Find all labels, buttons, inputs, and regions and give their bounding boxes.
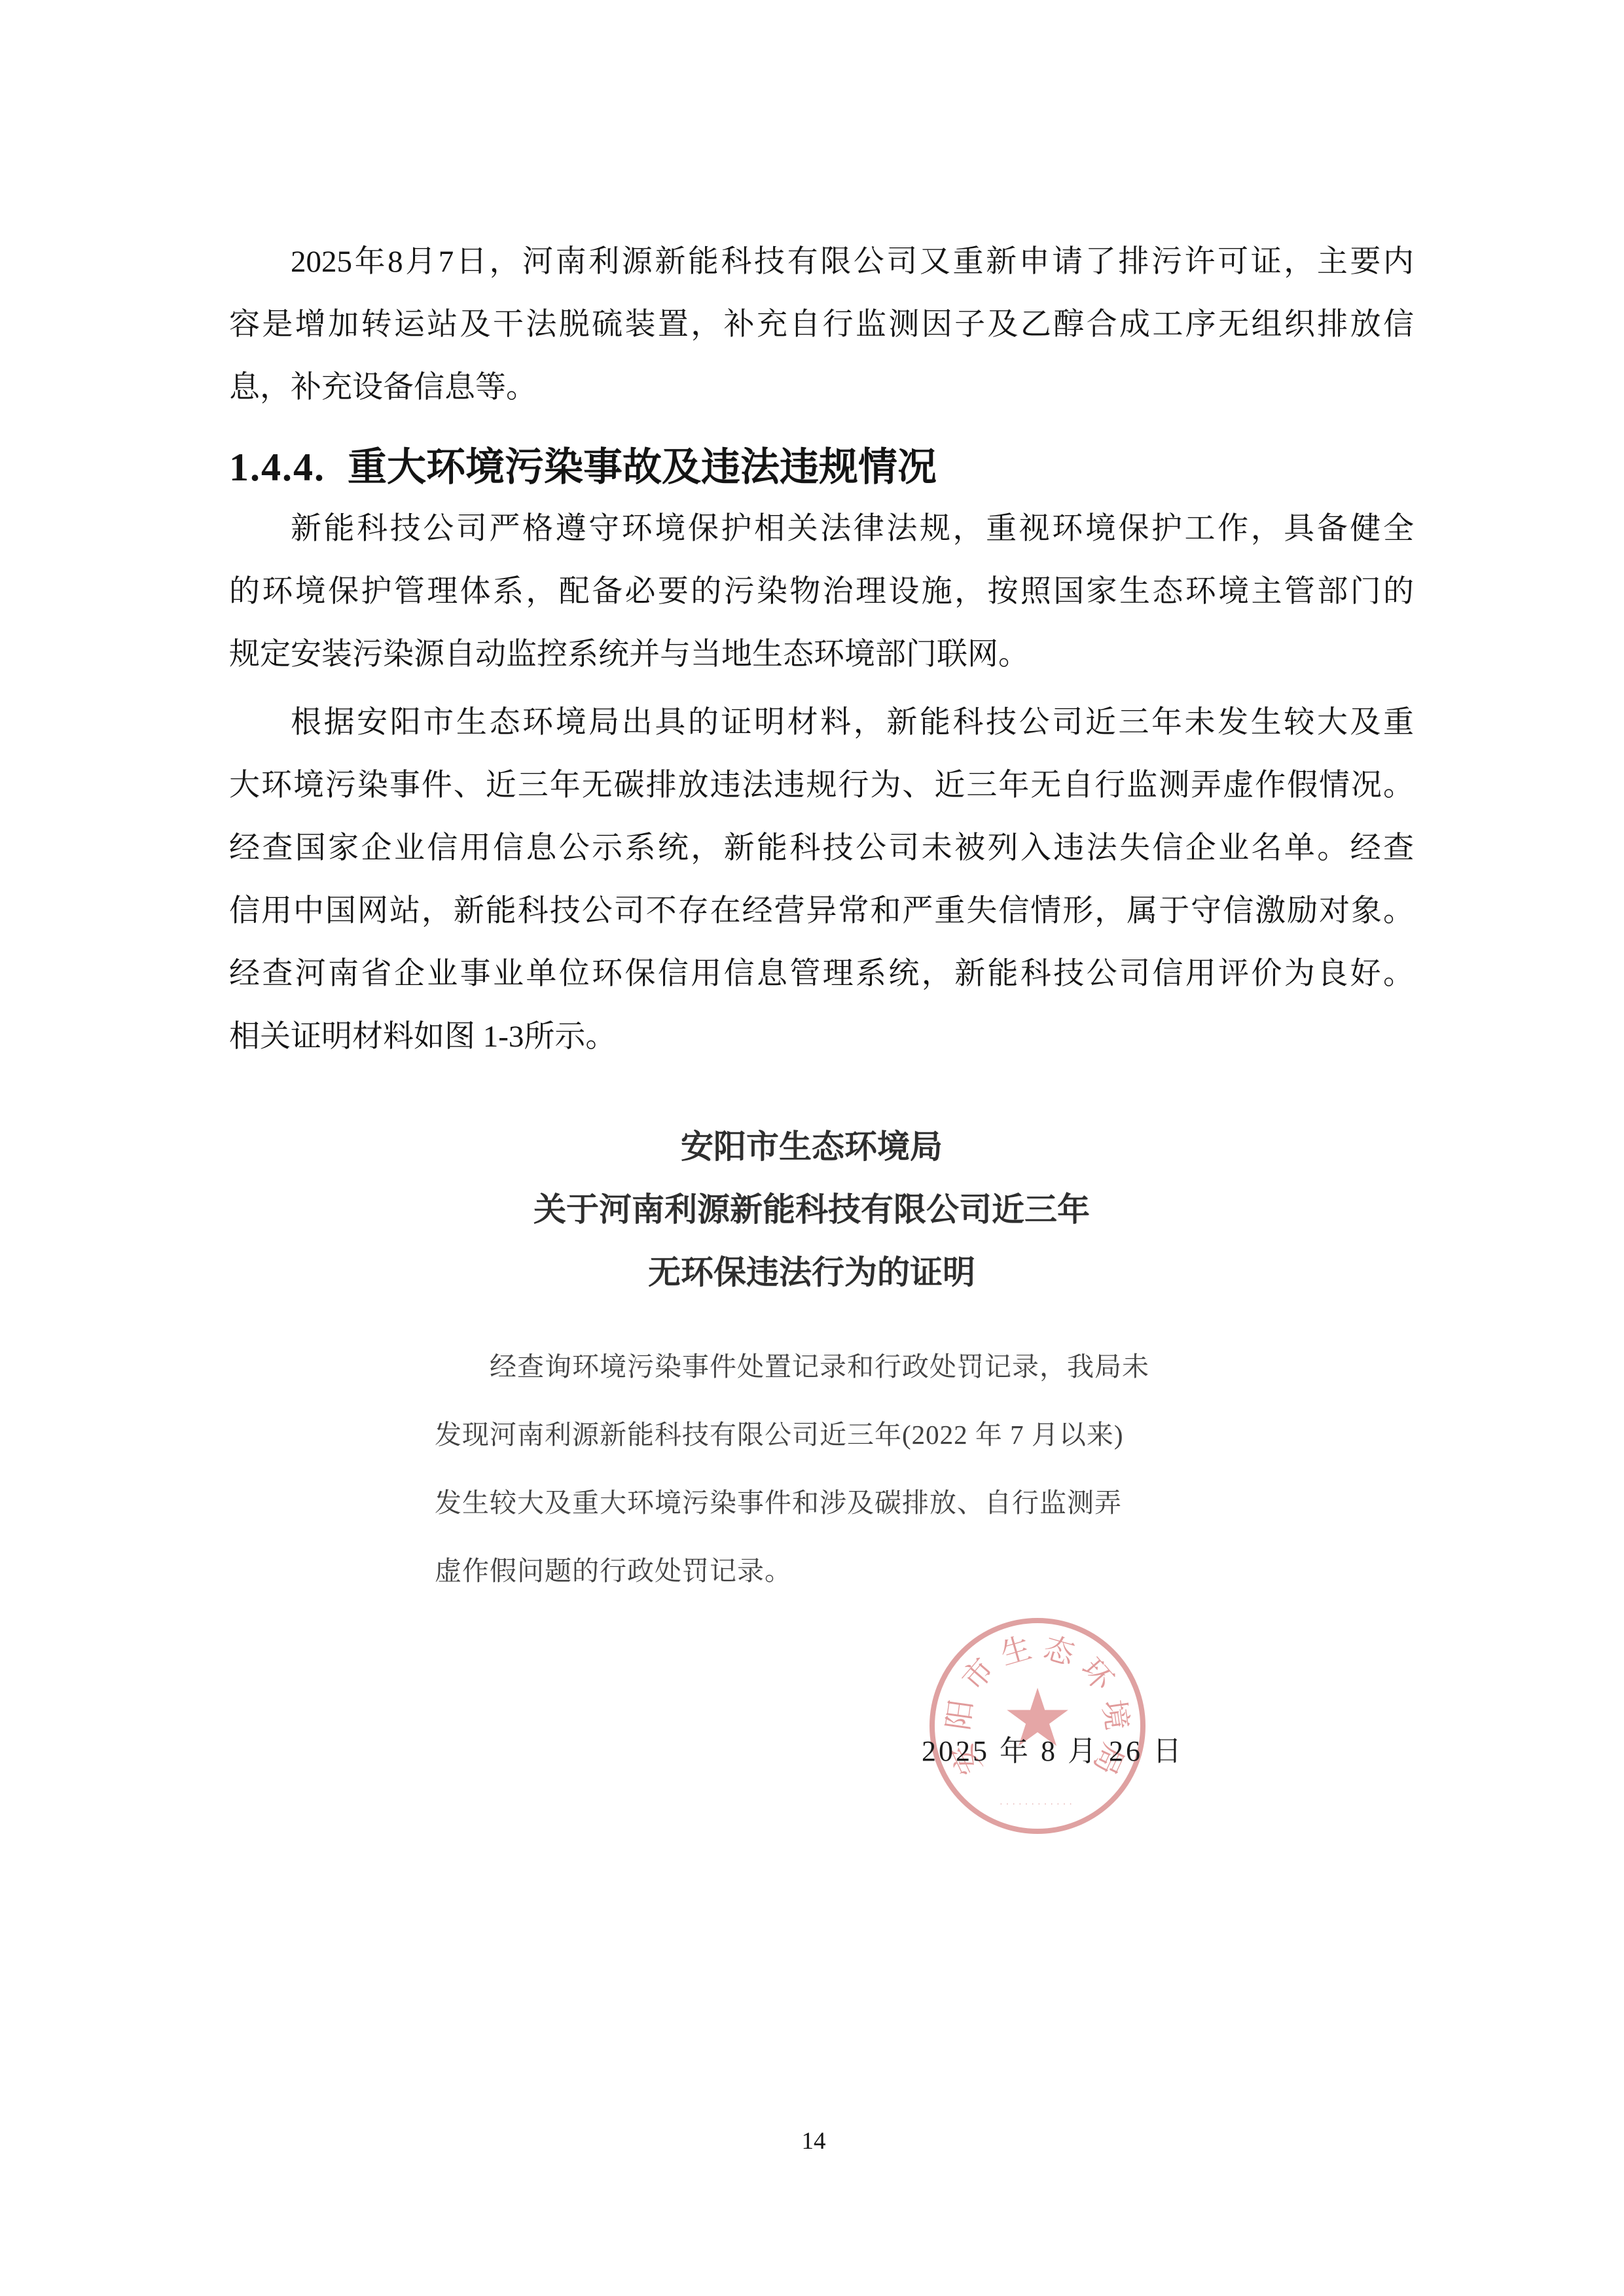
text-line: 相关证明材料如图 1-3所示。	[229, 1005, 1414, 1068]
certificate-line: 发生较大及重大环境污染事件和涉及碳排放、自行监测弄	[435, 1469, 1230, 1537]
section-title: 重大环境污染事故及违法违规情况	[348, 446, 937, 489]
page-number: 14	[781, 2126, 846, 2157]
text-line: 规定安装污染源自动监控系统并与当地生态环境部门联网。	[229, 623, 1414, 686]
text-line: 经查国家企业信用信息公示系统，新能科技公司未被列入违法失信企业名单。经查	[229, 817, 1414, 880]
certificate-line: 发现河南利源新能科技有限公司近三年(2022 年 7 月以来)	[435, 1401, 1230, 1469]
stamp-date: 2025 年 8 月 26 日	[922, 1733, 1184, 1770]
intro-paragraph: 2025年8月7日，河南利源新能科技有限公司又重新申请了排污许可证，主要内 容是…	[229, 230, 1414, 419]
text-line: 根据安阳市生态环境局出具的证明材料，新能科技公司近三年未发生较大及重	[229, 691, 1414, 754]
certificate-title-line: 无环保违法行为的证明	[386, 1241, 1237, 1304]
text-line: 的环境保护管理体系，配备必要的污染物治理设施，按照国家生态环境主管部门的	[229, 560, 1414, 623]
seal-char: 境	[1098, 1697, 1133, 1732]
section-heading: 1.4.4.重大环境污染事故及违法违规情况	[229, 435, 1473, 500]
text-line: 经查河南省企业事业单位环保信用信息管理系统，新能科技公司信用评价为良好。	[229, 942, 1414, 1005]
certificate-body: 经查询环境污染事件处置记录和行政处罚记录，我局未 发现河南利源新能科技有限公司近…	[435, 1333, 1230, 1605]
seal-char: 阳	[942, 1697, 977, 1732]
certificate-title: 安阳市生态环境局 关于河南利源新能科技有限公司近三年 无环保违法行为的证明	[386, 1115, 1237, 1304]
certificate-title-line: 关于河南利源新能科技有限公司近三年	[386, 1178, 1237, 1241]
text-line: 容是增加转运站及干法脱硫装置，补充自行监测因子及乙醇合成工序无组织排放信	[229, 293, 1414, 356]
seal-bottom-marks: ············	[1000, 1800, 1075, 1810]
certificate-line: 虚作假问题的行政处罚记录。	[435, 1537, 1230, 1605]
text-line: 新能科技公司严格遵守环境保护相关法律法规，重视环境保护工作，具备健全	[229, 497, 1414, 560]
document-page: { "page": { "number": "14" }, "document"…	[0, 0, 1624, 2296]
certificate-title-line: 安阳市生态环境局	[386, 1115, 1237, 1178]
text-line: 息，补充设备信息等。	[229, 356, 1414, 419]
certificate-line: 经查询环境污染事件处置记录和行政处罚记录，我局未	[435, 1333, 1230, 1401]
compliance-paragraph: 新能科技公司严格遵守环境保护相关法律法规，重视环境保护工作，具备健全 的环境保护…	[229, 497, 1414, 686]
text-line: 信用中国网站，新能科技公司不存在经营异常和严重失信情形，属于守信激励对象。	[229, 880, 1414, 942]
section-number: 1.4.4.	[229, 446, 325, 489]
records-paragraph: 根据安阳市生态环境局出具的证明材料，新能科技公司近三年未发生较大及重 大环境污染…	[229, 691, 1414, 1068]
text-line: 2025年8月7日，河南利源新能科技有限公司又重新申请了排污许可证，主要内	[229, 230, 1414, 293]
text-line: 大环境污染事件、近三年无碳排放违法违规行为、近三年无自行监测弄虚作假情况。	[229, 754, 1414, 817]
official-seal: ★ 安 阳 市 生 态 环 境 局 ············	[929, 1618, 1146, 1834]
